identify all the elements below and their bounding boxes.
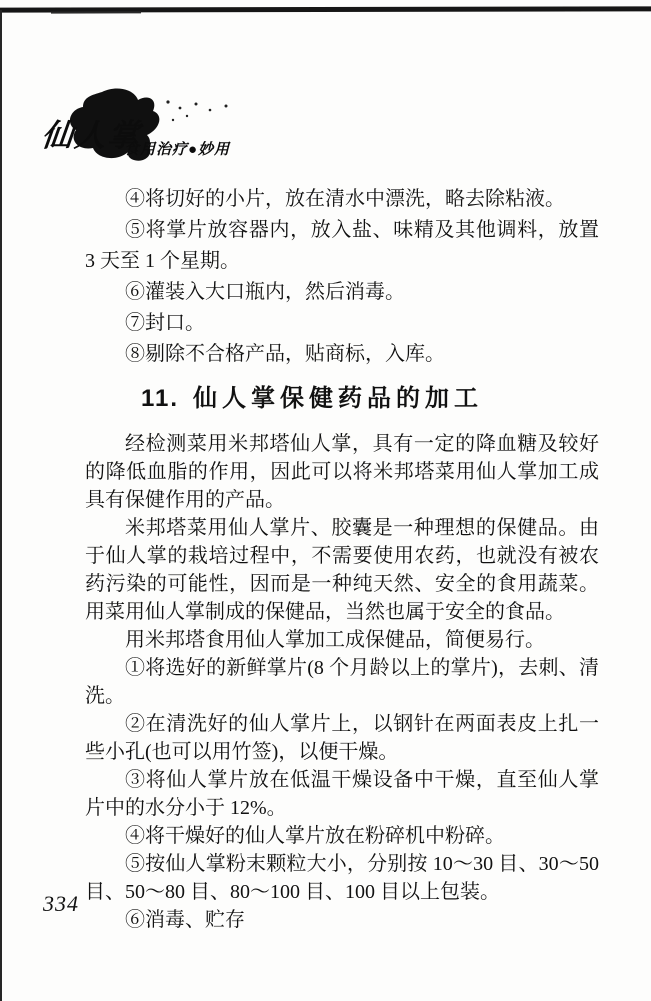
- step-line: ②在清洗好的仙人掌片上，以钢针在两面表皮上扎一些小孔(也可以用竹签)，以便干燥。: [85, 710, 599, 766]
- section-heading: 11. 仙人掌保健药品的加工: [141, 385, 599, 413]
- page-content: ④将切好的小片，放在清水中漂洗，略去除粘液。⑤将掌片放容器内，放入盐、味精及其他…: [85, 184, 599, 934]
- paragraph: 米邦塔菜用仙人掌片、胶囊是一种理想的保健品。由于仙人掌的栽培过程中，不需要使用农…: [85, 514, 599, 626]
- step-line: ⑥消毒、贮存: [85, 906, 599, 934]
- step-line: ⑦封口。: [85, 308, 599, 339]
- scan-artifact-top-edge: [0, 6, 651, 12]
- section-title: 仙人掌保健药品的加工: [193, 386, 483, 412]
- paragraph: 经检测菜用米邦塔仙人掌，具有一定的降血糖及较好的降低血脂的作用，因此可以将米邦塔…: [85, 430, 599, 514]
- step-line: ⑧剔除不合格产品，贴商标，入库。: [85, 339, 599, 370]
- logo-subtitle: 食用治疗●妙用: [124, 138, 230, 159]
- paragraph: 用米邦塔食用仙人掌加工成保健品，简便易行。: [85, 626, 599, 654]
- section-number: 11.: [141, 385, 179, 412]
- step-line: ⑤将掌片放容器内，放入盐、味精及其他调料，放置 3 天至 1 个星期。: [85, 215, 599, 277]
- section-paragraphs: 经检测菜用米邦塔仙人掌，具有一定的降血糖及较好的降低血脂的作用，因此可以将米邦塔…: [85, 430, 599, 654]
- scan-artifact-left-edge: [0, 10, 2, 1001]
- numbered-steps-previous-section: ④将切好的小片，放在清水中漂洗，略去除粘液。⑤将掌片放容器内，放入盐、味精及其他…: [85, 184, 599, 370]
- step-line: ①将选好的新鲜掌片(8 个月龄以上的掌片)，去刺、清洗。: [85, 654, 599, 710]
- section-steps: ①将选好的新鲜掌片(8 个月龄以上的掌片)，去刺、清洗。②在清洗好的仙人掌片上，…: [85, 654, 599, 934]
- step-line: ④将切好的小片，放在清水中漂洗，略去除粘液。: [85, 184, 599, 215]
- page-number: 334: [43, 891, 79, 917]
- book-header-logo: 仙人掌 食用治疗●妙用: [40, 86, 270, 172]
- step-line: ④将干燥好的仙人掌片放在粉碎机中粉碎。: [85, 822, 599, 850]
- step-line: ③将仙人掌片放在低温干燥设备中干燥，直至仙人掌片中的水分小于 12%。: [85, 766, 599, 822]
- step-line: ⑤按仙人掌粉末颗粒大小，分别按 10～30 目、30～50 目、50～80 目、…: [85, 850, 599, 906]
- step-line: ⑥灌装入大口瓶内，然后消毒。: [85, 277, 599, 308]
